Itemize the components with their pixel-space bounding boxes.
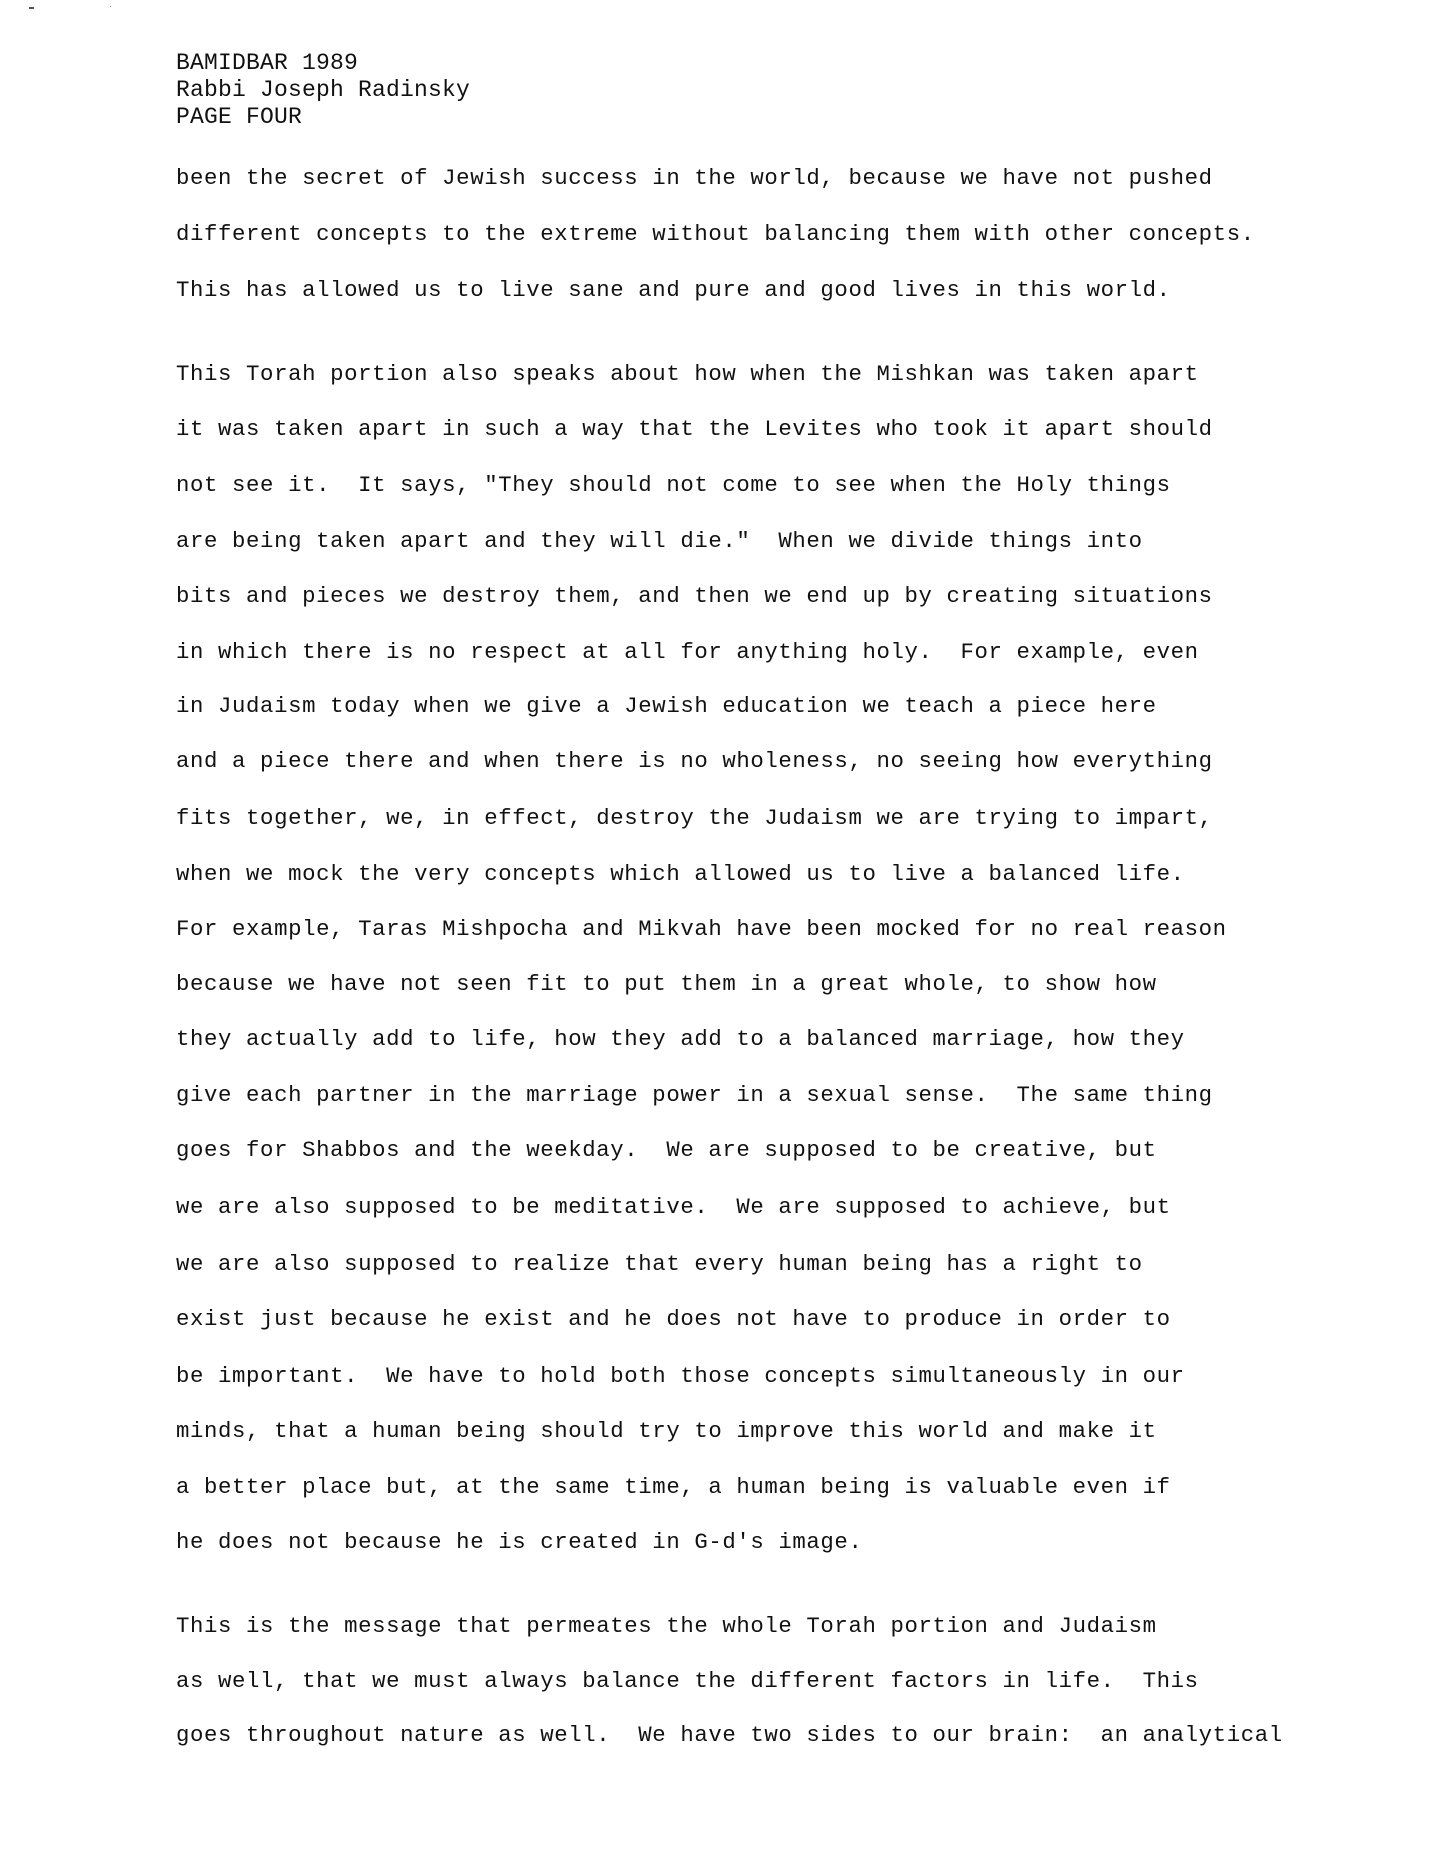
paragraph-3-line: This is the message that permeates the w… — [176, 1614, 1157, 1640]
paragraph-1-line: different concepts to the extreme withou… — [176, 222, 1255, 248]
paragraph-2-line: in Judaism today when we give a Jewish e… — [176, 694, 1157, 720]
paragraph-2-line: For example, Taras Mishpocha and Mikvah … — [176, 917, 1227, 943]
header-title: BAMIDBAR 1989 — [176, 50, 470, 77]
paragraph-2-line: exist just because he exist and he does … — [176, 1307, 1171, 1333]
document-header: BAMIDBAR 1989 Rabbi Joseph Radinsky PAGE… — [176, 50, 470, 131]
scan-artifact — [29, 7, 34, 9]
scan-artifact — [110, 6, 111, 7]
paragraph-2-line: goes for Shabbos and the weekday. We are… — [176, 1138, 1157, 1164]
paragraph-2-line: This Torah portion also speaks about how… — [176, 362, 1199, 388]
paragraph-1-line: This has allowed us to live sane and pur… — [176, 278, 1171, 304]
paragraph-2-line: in which there is no respect at all for … — [176, 640, 1199, 666]
paragraph-2-line: not see it. It says, "They should not co… — [176, 473, 1171, 499]
paragraph-2-line: give each partner in the marriage power … — [176, 1083, 1213, 1109]
paragraph-2-line: bits and pieces we destroy them, and the… — [176, 584, 1213, 610]
paragraph-3-line: as well, that we must always balance the… — [176, 1669, 1199, 1695]
paragraph-2-line: we are also supposed to be meditative. W… — [176, 1195, 1171, 1221]
paragraph-2-line: when we mock the very concepts which all… — [176, 862, 1185, 888]
paragraph-2-line: minds, that a human being should try to … — [176, 1419, 1157, 1445]
paragraph-2-line: a better place but, at the same time, a … — [176, 1475, 1171, 1501]
paragraph-2-line: he does not because he is created in G-d… — [176, 1530, 862, 1556]
paragraph-2-line: fits together, we, in effect, destroy th… — [176, 806, 1213, 832]
paragraph-2-line: they actually add to life, how they add … — [176, 1027, 1185, 1053]
paragraph-3-line: goes throughout nature as well. We have … — [176, 1723, 1283, 1749]
paragraph-1-line: been the secret of Jewish success in the… — [176, 166, 1213, 192]
paragraph-2-line: because we have not seen fit to put them… — [176, 972, 1157, 998]
paragraph-2-line: are being taken apart and they will die.… — [176, 529, 1143, 555]
paragraph-2-line: be important. We have to hold both those… — [176, 1364, 1185, 1390]
header-page-number: PAGE FOUR — [176, 104, 470, 131]
paragraph-2-line: and a piece there and when there is no w… — [176, 749, 1213, 775]
paragraph-2-line: it was taken apart in such a way that th… — [176, 417, 1213, 443]
paragraph-2-line: we are also supposed to realize that eve… — [176, 1252, 1143, 1278]
header-author: Rabbi Joseph Radinsky — [176, 77, 470, 104]
document-page: BAMIDBAR 1989 Rabbi Joseph Radinsky PAGE… — [0, 0, 1430, 1851]
